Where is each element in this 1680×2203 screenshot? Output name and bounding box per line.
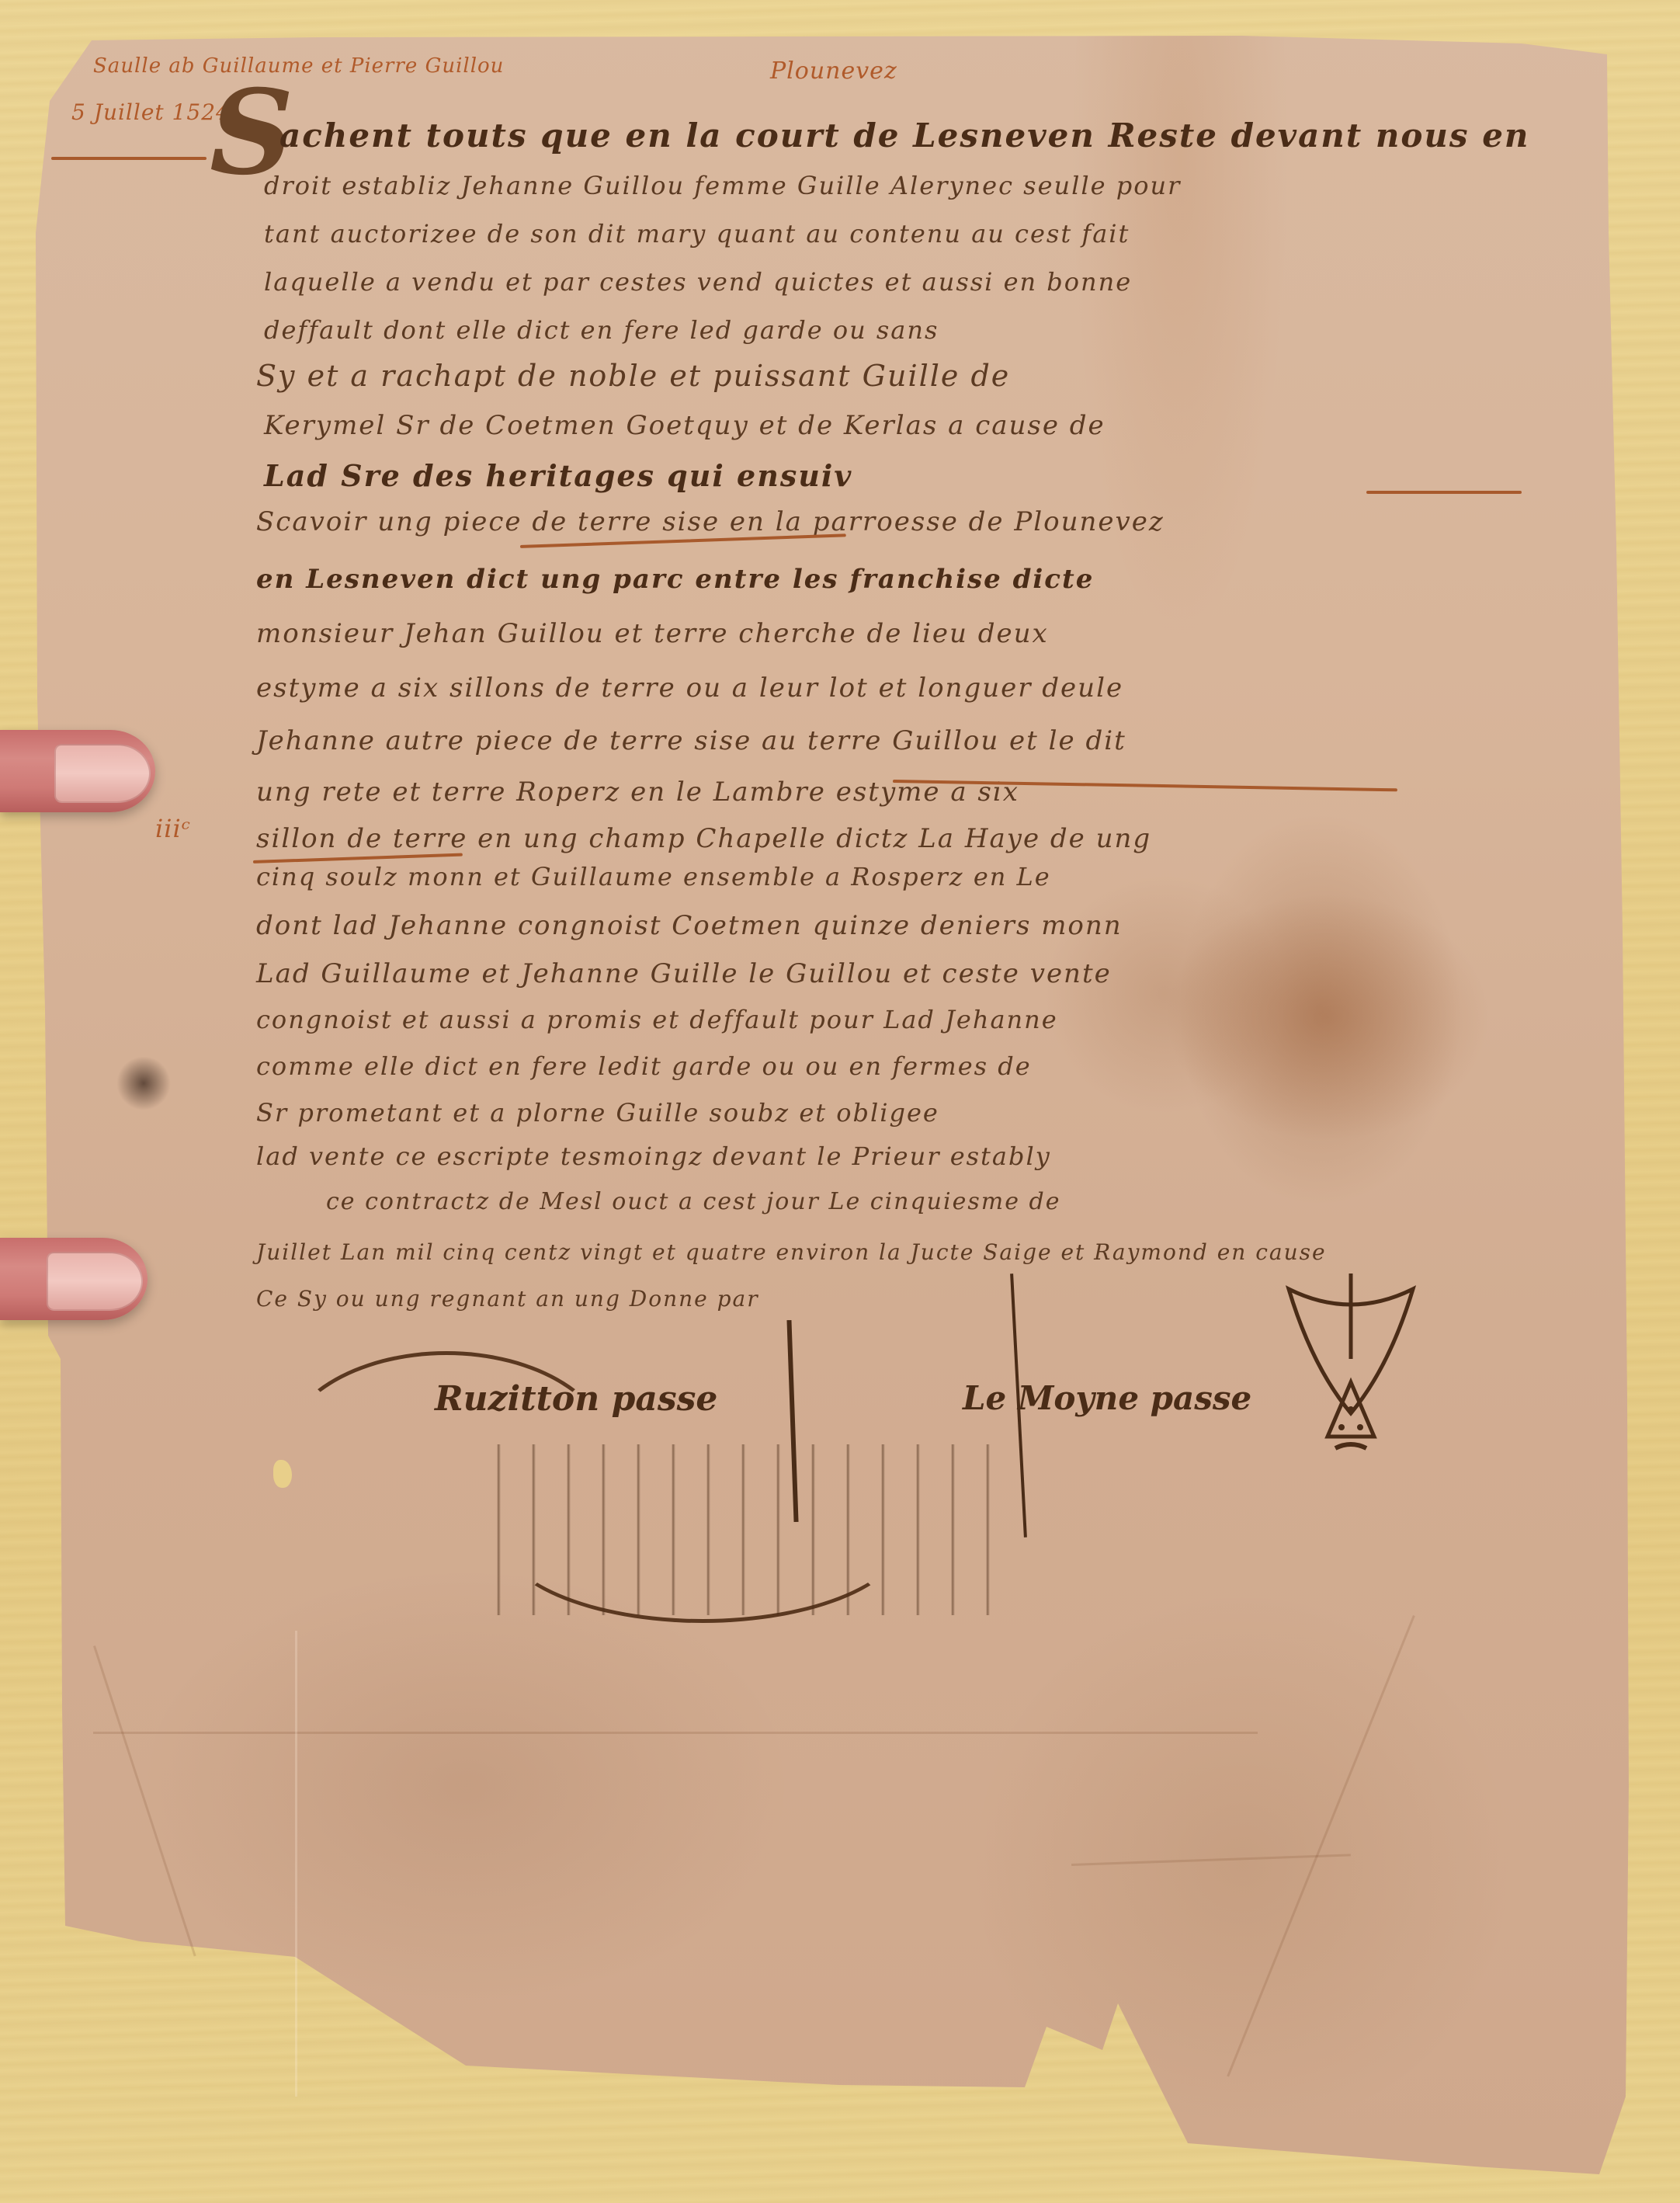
margin-note-parish: Plounevez bbox=[770, 57, 897, 85]
fingernail bbox=[47, 1252, 143, 1311]
text-line-5: deffault dont elle dict en fere led gard… bbox=[264, 315, 939, 345]
text-line-9: Scavoir ung piece de terre sise en la pa… bbox=[256, 506, 1165, 537]
text-line-2: droit establiz Jehanne Guillou femme Gui… bbox=[264, 171, 1181, 200]
text-line-13: Jehanne autre piece de terre sise au ter… bbox=[256, 725, 1126, 756]
text-line-11: monsieur Jehan Guillou et terre cherche … bbox=[256, 618, 1049, 649]
fingernail bbox=[54, 744, 151, 803]
finger-lower bbox=[0, 1238, 148, 1320]
text-line-8: Lad Sre des heritages qui ensuiv bbox=[264, 458, 852, 493]
text-line-7: Kerymel Sr de Coetmen Goetquy et de Kerl… bbox=[264, 410, 1106, 441]
text-line-24: Juillet Lan mil cinq centz vingt et quat… bbox=[256, 1239, 1327, 1265]
ink-blot bbox=[116, 1056, 171, 1110]
margin-note-date: 5 Juillet 1524 bbox=[71, 99, 231, 125]
text-line-17: dont lad Jehanne congnoist Coetmen quinz… bbox=[256, 910, 1123, 941]
text-line-18: Lad Guillaume et Jehanne Guille le Guill… bbox=[256, 958, 1112, 989]
fold-crease bbox=[93, 1732, 1258, 1734]
text-line-21: Sr prometant et a plorne Guille soubz et… bbox=[256, 1098, 939, 1128]
text-underline bbox=[1366, 491, 1522, 494]
text-line-10: en Lesneven dict ung parc entre les fran… bbox=[256, 564, 1094, 595]
signature-left-notary: Ruzitton passe bbox=[435, 1379, 717, 1419]
finger-upper bbox=[0, 730, 155, 812]
text-line-12: estyme a six sillons de terre ou a leur … bbox=[256, 672, 1123, 704]
paraph-strokes bbox=[466, 1444, 1009, 1615]
water-stain bbox=[1165, 893, 1491, 1141]
text-line-6: Sy et a rachapt de noble et puissant Gui… bbox=[256, 359, 1010, 393]
notarial-seal-mark bbox=[1273, 1274, 1428, 1444]
text-line-23: ce contractz de Mesl ouct a cest jour Le… bbox=[326, 1188, 1060, 1215]
text-line-16: cinq soulz monn et Guillaume ensemble a … bbox=[256, 862, 1051, 891]
fold-crease bbox=[295, 1631, 297, 2097]
text-line-1: achent touts que en la court de Lesneven… bbox=[279, 116, 1529, 155]
margin-note-mark: iiiᶜ bbox=[155, 814, 191, 843]
text-line-15: sillon de terre en ung champ Chapelle di… bbox=[256, 823, 1151, 854]
signature-right-notary: Le Moyne passe bbox=[963, 1379, 1251, 1417]
margin-date-underline bbox=[51, 157, 207, 160]
margin-note-parties: Saulle ab Guillaume et Pierre Guillou bbox=[93, 54, 504, 78]
text-line-22: lad vente ce escripte tesmoingz devant l… bbox=[256, 1141, 1051, 1171]
text-line-3: tant auctorizee de son dit mary quant au… bbox=[264, 219, 1130, 248]
text-line-20: comme elle dict en fere ledit garde ou o… bbox=[256, 1051, 1032, 1081]
text-line-19: congnoist et aussi a promis et deffault … bbox=[256, 1005, 1058, 1034]
text-line-25: Ce Sy ou ung regnant an ung Donne par bbox=[256, 1286, 759, 1312]
text-line-4: laquelle a vendu et par cestes vend quic… bbox=[264, 267, 1132, 297]
